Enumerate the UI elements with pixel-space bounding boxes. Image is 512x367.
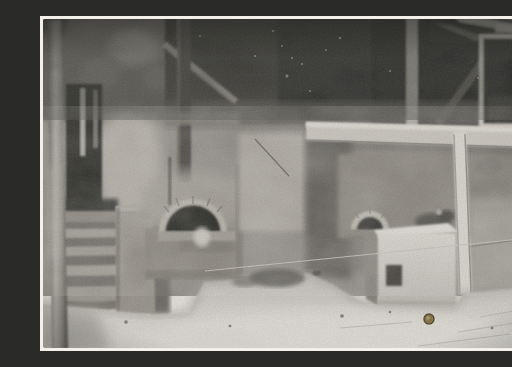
photo-emulsion: Dark loft space above with sloping roof … [40, 16, 512, 351]
texture-overlays [40, 16, 512, 351]
photo: Dark loft space above with sloping roof … [40, 16, 512, 351]
